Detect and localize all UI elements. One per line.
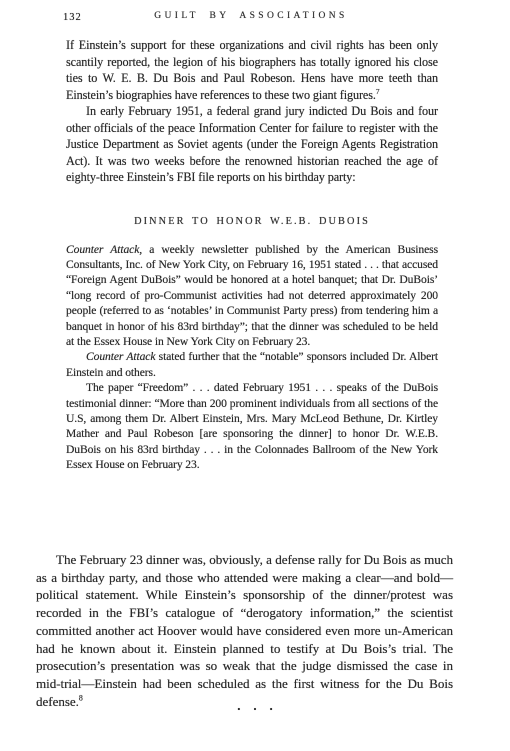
newsletter-title-italic: Counter Attack: [86, 350, 155, 363]
block-quote: Counter Attack, a weekly newsletter publ…: [66, 242, 438, 473]
running-head-title: GUILT BY ASSOCIATIONS: [63, 11, 439, 21]
closing-paragraph-block: The February 23 dinner was, obviously, a…: [36, 551, 453, 710]
running-header: 132 GUILT BY ASSOCIATIONS: [63, 11, 439, 25]
quote-paragraph-1-text: a weekly newsletter published by the Ame…: [66, 243, 438, 348]
book-page: 132 GUILT BY ASSOCIATIONS If Einstein’s …: [0, 0, 510, 751]
quote-paragraph-3: The paper “Freedom” . . . dated February…: [66, 380, 438, 472]
body-paragraph-2: In early February 1951, a federal grand …: [66, 103, 438, 186]
main-text-column: If Einstein’s support for these organiza…: [66, 37, 438, 473]
footnote-marker-8: 8: [79, 693, 83, 702]
page-number: 132: [63, 12, 82, 23]
closing-paragraph: The February 23 dinner was, obviously, a…: [36, 551, 453, 710]
closing-paragraph-text: The February 23 dinner was, obviously, a…: [36, 552, 453, 709]
section-break-dots: • • •: [0, 704, 510, 714]
block-quote-heading: DINNER TO HONOR W.E.B. DUBOIS: [66, 216, 438, 227]
body-paragraph-1-text: If Einstein’s support for these organiza…: [66, 38, 438, 102]
newsletter-title-italic: Counter Attack,: [66, 243, 142, 256]
footnote-marker-7: 7: [376, 86, 380, 95]
quote-paragraph-2: Counter Attack stated further that the “…: [66, 349, 438, 380]
body-paragraph-1: If Einstein’s support for these organiza…: [66, 37, 438, 103]
quote-paragraph-1: Counter Attack, a weekly newsletter publ…: [66, 242, 438, 350]
